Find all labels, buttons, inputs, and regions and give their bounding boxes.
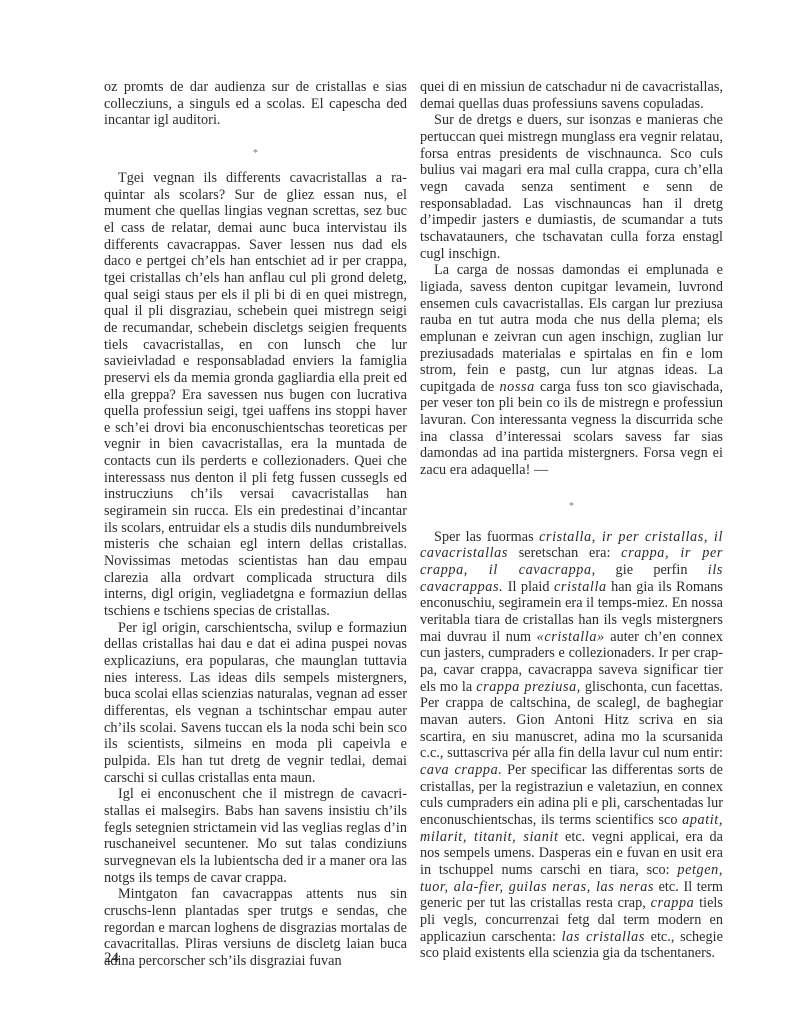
paragraph: oz promts de dar audienza sur de cristal… — [104, 79, 407, 129]
italic-term: crappa — [651, 895, 695, 911]
text-run: oz promts de dar audienza sur de cristal… — [104, 79, 407, 128]
paragraph: Igl ei enconuschent che il mistregn de c… — [104, 786, 407, 886]
paragraph: quei di en missiun de catschadur ni de c… — [420, 79, 723, 112]
italic-term: «cristalla» — [537, 629, 605, 645]
left-column: oz promts de dar audienza sur de cristal… — [104, 79, 407, 969]
right-column: quei di en missiun de catschadur ni de c… — [420, 79, 723, 962]
document-page: oz promts de dar audienza sur de cristal… — [0, 0, 800, 1024]
page-number: 24 — [104, 950, 119, 967]
section-separator-asterisk: * — [420, 490, 723, 523]
section-separator-asterisk: * — [104, 137, 407, 170]
paragraph: La carga de nossas damondas ei emplunada… — [420, 262, 723, 479]
text-run: Igl ei enconuschent che il mistregn de c… — [104, 786, 407, 885]
text-run: , gie perfin — [592, 562, 708, 578]
italic-term: nossa — [499, 379, 534, 395]
italic-term: las cristallas — [562, 929, 645, 945]
text-run: Sur de dretgs e duers, sur isonzas e man… — [420, 112, 723, 261]
text-run: Per igl origin, carschientscha, svilup e… — [104, 620, 407, 786]
paragraph: Sper las fuormas cristalla, ir per crist… — [420, 529, 723, 962]
text-run: La carga de nossas damondas ei emplunada… — [420, 262, 723, 395]
text-run: quei di en missiun de catschadur ni de c… — [420, 79, 723, 112]
paragraph: Mintgaton fan cavacrappas attents nus si… — [104, 886, 407, 969]
italic-term: cristalla — [554, 579, 607, 595]
text-run: Tgei vegnan ils differents cavacristalla… — [104, 170, 407, 619]
paragraph: Tgei vegnan ils differents cavacristalla… — [104, 170, 407, 620]
paragraph: Per igl origin, carschientscha, svilup e… — [104, 620, 407, 787]
italic-term: cava crappa. — [420, 762, 502, 778]
text-run: Il plaid — [503, 579, 554, 595]
text-run: seretschan era: — [508, 545, 621, 561]
italic-term: crappa preziusa, — [476, 679, 581, 695]
paragraph: Sur de dretgs e duers, sur isonzas e man… — [420, 112, 723, 262]
text-run: Sper las fuormas — [434, 529, 539, 545]
text-run: Mintgaton fan cavacrappas attents nus si… — [104, 886, 407, 969]
